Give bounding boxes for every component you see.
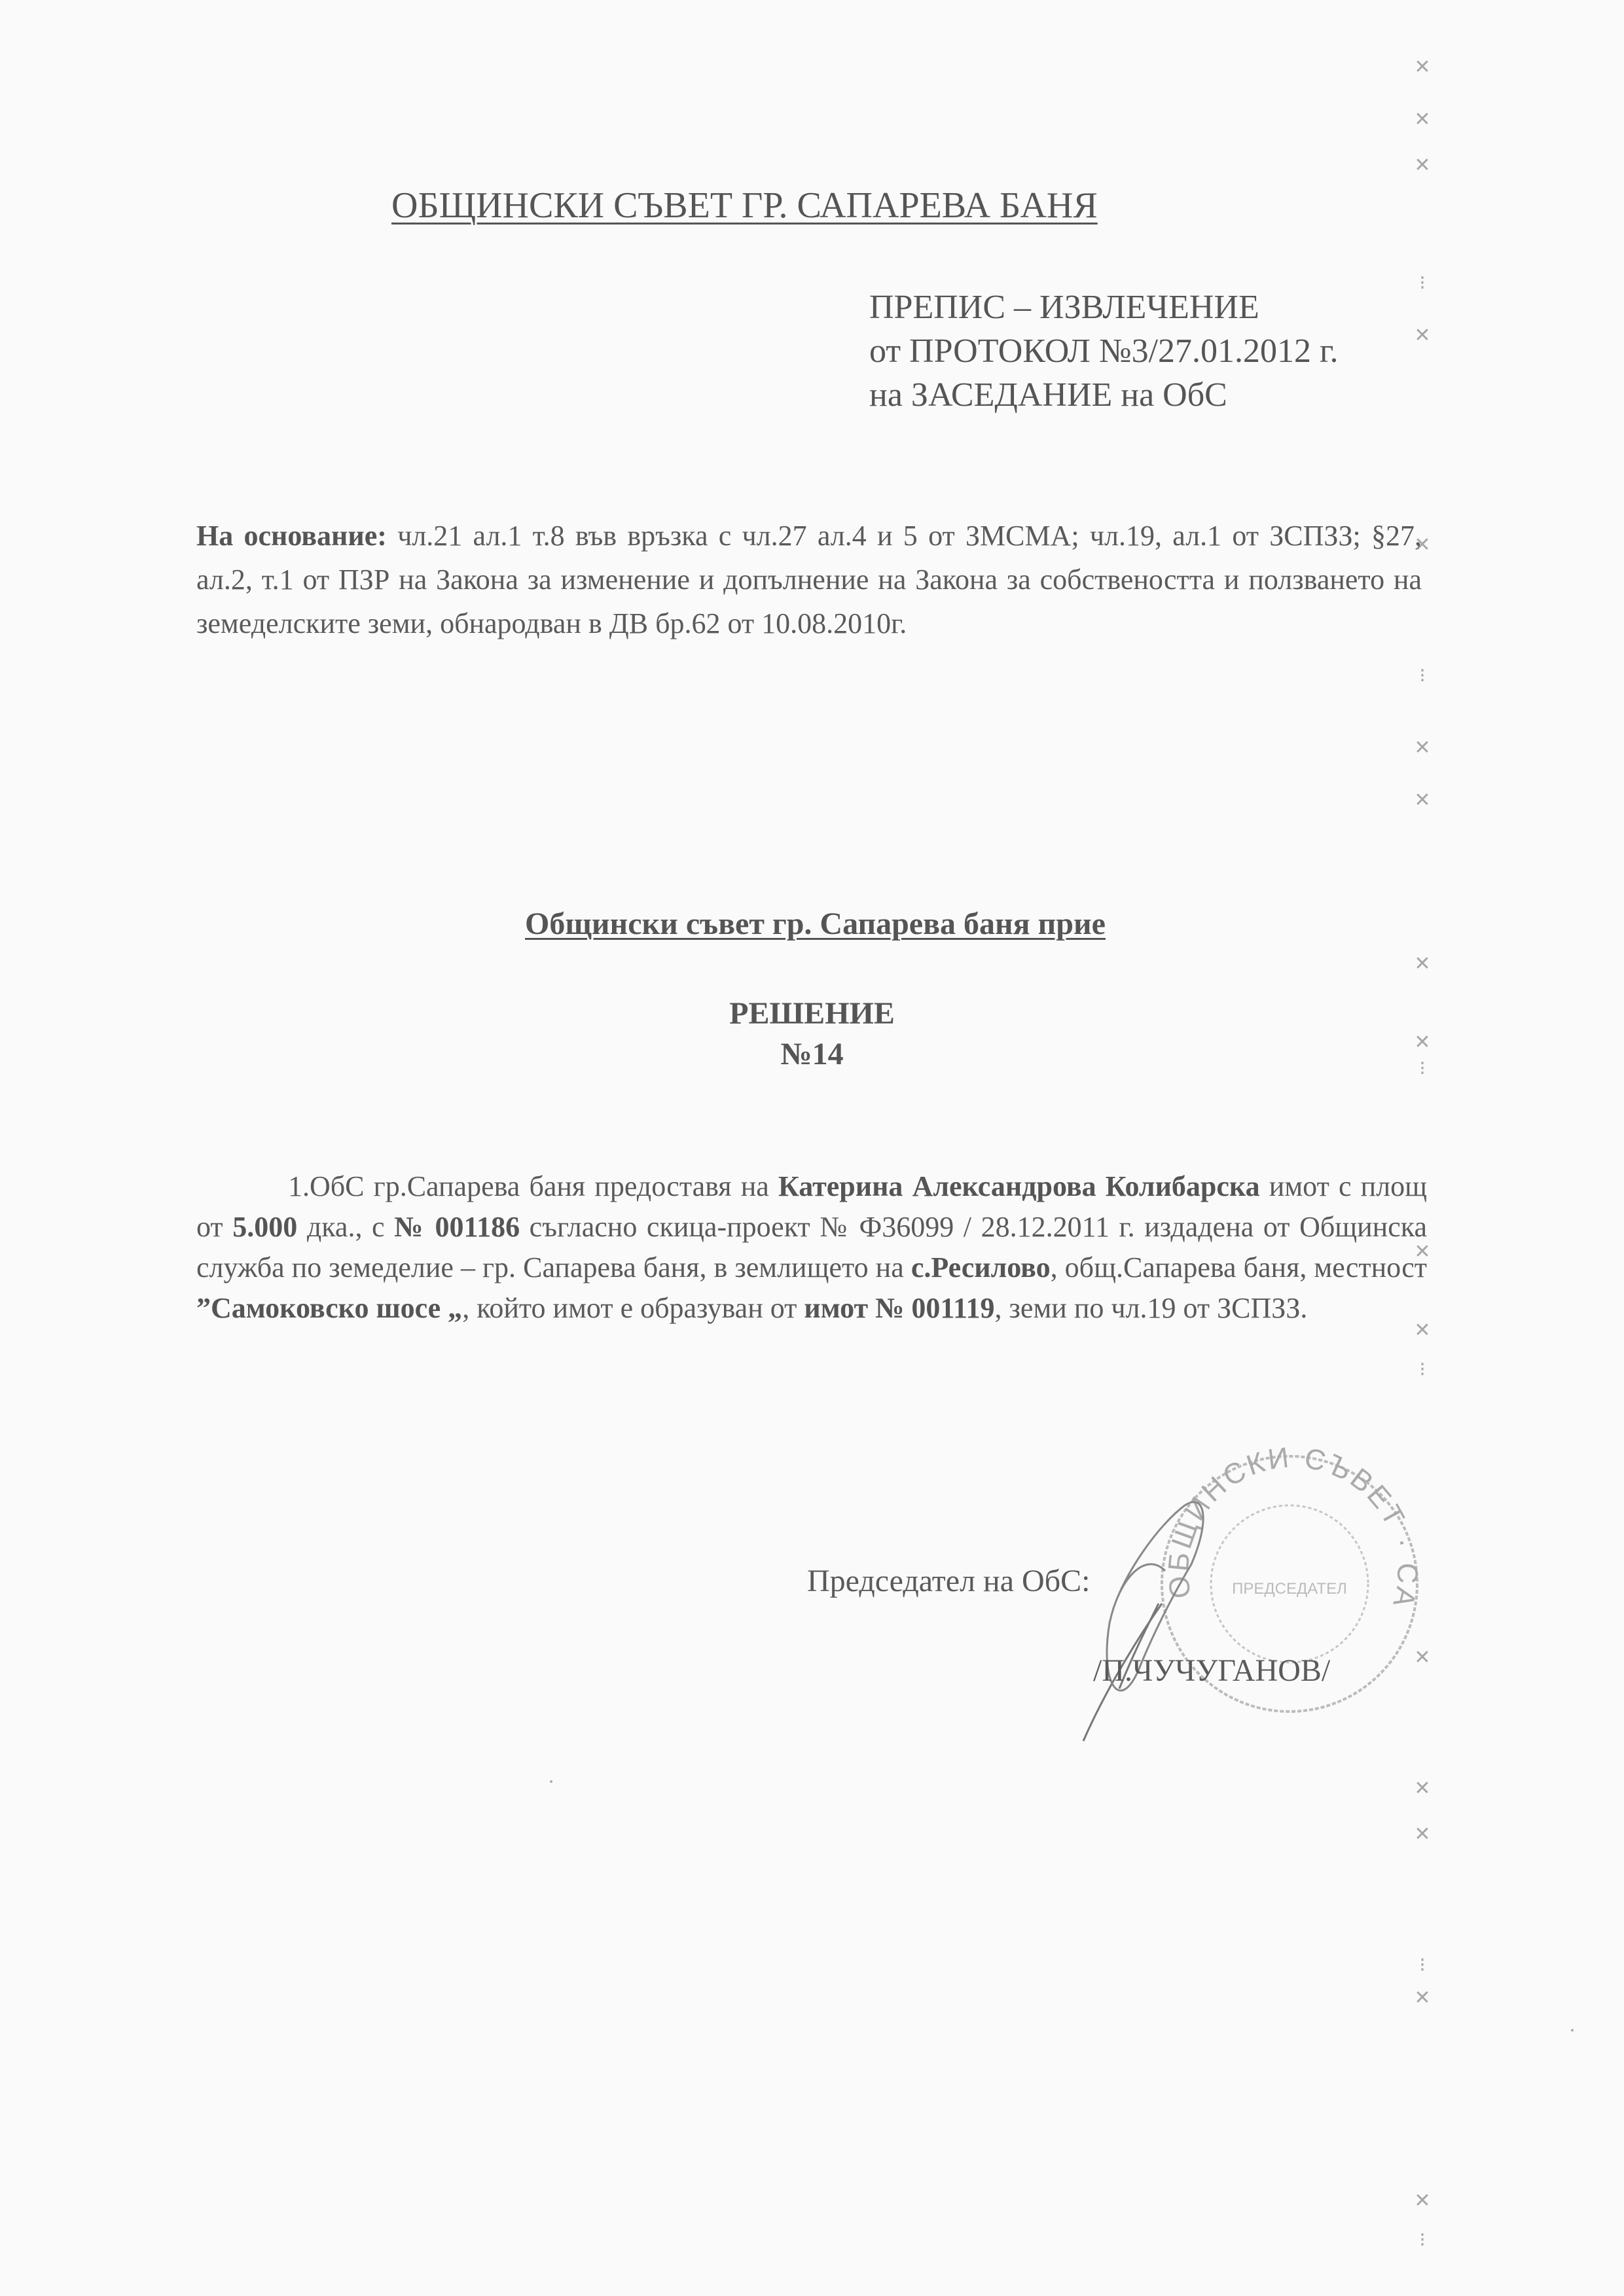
decision-body: 1.ОбС гр.Сапарева баня предоставя на Кат…: [196, 1166, 1427, 1329]
session-reference: на ЗАСЕДАНИЕ на ОбС: [869, 373, 1338, 417]
binding-hole-icon: ⁝: [1414, 1060, 1431, 1077]
binding-hole-icon: ✕: [1414, 111, 1431, 128]
chair-name: /П.ЧУЧУГАНОВ/: [1093, 1653, 1330, 1689]
binding-hole-icon: ✕: [1414, 1322, 1431, 1339]
legal-basis-lead: На основание:: [196, 520, 387, 552]
binding-hole-icon: ✕: [1414, 1826, 1431, 1843]
decision-title-block: РЕШЕНИЕ №14: [0, 994, 1624, 1075]
decision-title: РЕШЕНИЕ: [0, 994, 1624, 1034]
binding-hole-icon: ✕: [1414, 157, 1431, 174]
binding-hole-marks: ✕ ✕ ✕ ⁝ ✕ ✕ ⁝ ✕ ✕ ✕ ✕ ⁝ ✕ ✕ ⁝ ✕ ✕ ✕ ⁝ ✕ …: [1407, 0, 1440, 2296]
svg-text:ПРЕДСЕДАТЕЛ: ПРЕДСЕДАТЕЛ: [1232, 1580, 1347, 1598]
chair-label: Председател на ОбС:: [807, 1563, 1090, 1599]
binding-hole-icon: ✕: [1414, 1780, 1431, 1797]
binding-hole-icon: ✕: [1414, 327, 1431, 344]
extract-header: ПРЕПИС – ИЗВЛЕЧЕНИЕ от ПРОТОКОЛ №3/27.01…: [869, 285, 1338, 417]
legal-basis: На основание: чл.21 ал.1 т.8 във връзка …: [196, 514, 1422, 645]
binding-hole-icon: ✕: [1414, 2193, 1431, 2210]
adoption-heading-row: Общински съвет гр. Сапарева баня прие: [0, 906, 1624, 942]
extract-title: ПРЕПИС – ИЗВЛЕЧЕНИЕ: [869, 285, 1338, 329]
binding-hole-icon: ✕: [1414, 537, 1431, 554]
binding-hole-icon: ⁝: [1414, 668, 1431, 685]
document-page: ОБЩИНСКИ СЪВЕТ ГР. САПАРЕВА БАНЯ ПРЕПИС …: [0, 0, 1624, 2296]
property-area: 5.000: [232, 1211, 297, 1243]
binding-hole-icon: ✕: [1414, 956, 1431, 973]
binding-hole-icon: ⁝: [1414, 1957, 1431, 1974]
decision-text-5: , общ.Сапарева баня, местност: [1051, 1251, 1427, 1283]
locality-name: ”Самоковско шосе „: [196, 1292, 462, 1324]
decision-text-1: 1.ОбС гр.Сапарева баня предоставя на: [288, 1170, 778, 1202]
binding-hole-icon: ✕: [1414, 1244, 1431, 1261]
decision-text-7: , земи по чл.19 от ЗСПЗЗ.: [995, 1292, 1308, 1324]
binding-hole-icon: ✕: [1414, 1034, 1431, 1051]
decision-text-3: дка., с: [297, 1211, 394, 1243]
council-header: ОБЩИНСКИ СЪВЕТ ГР. САПАРЕВА БАНЯ: [391, 185, 1098, 226]
protocol-reference: от ПРОТОКОЛ №3/27.01.2012 г.: [869, 329, 1338, 373]
binding-hole-icon: ⁝: [1414, 275, 1431, 292]
adoption-heading: Общински съвет гр. Сапарева баня прие: [525, 906, 1106, 941]
binding-hole-icon: ⁝: [1414, 2232, 1431, 2249]
binding-hole-icon: ✕: [1414, 1990, 1431, 2007]
binding-hole-icon: ✕: [1414, 792, 1431, 809]
village-name: с.Ресилово: [911, 1251, 1051, 1283]
source-property: имот № 001119: [804, 1292, 994, 1324]
scan-speck: [550, 1780, 552, 1783]
grantee-name: Катерина Александрова Колибарска: [778, 1170, 1260, 1202]
binding-hole-icon: ✕: [1414, 59, 1431, 76]
decision-number: №14: [0, 1034, 1624, 1075]
chair-signature: [1047, 1473, 1244, 1748]
binding-hole-icon: ⁝: [1414, 1361, 1431, 1378]
binding-hole-icon: ✕: [1414, 740, 1431, 757]
scan-speck: [1571, 2029, 1574, 2032]
decision-text-6: , който имот е образуван от: [462, 1292, 804, 1324]
binding-hole-icon: ✕: [1414, 1649, 1431, 1666]
property-number: № 001186: [394, 1211, 520, 1243]
